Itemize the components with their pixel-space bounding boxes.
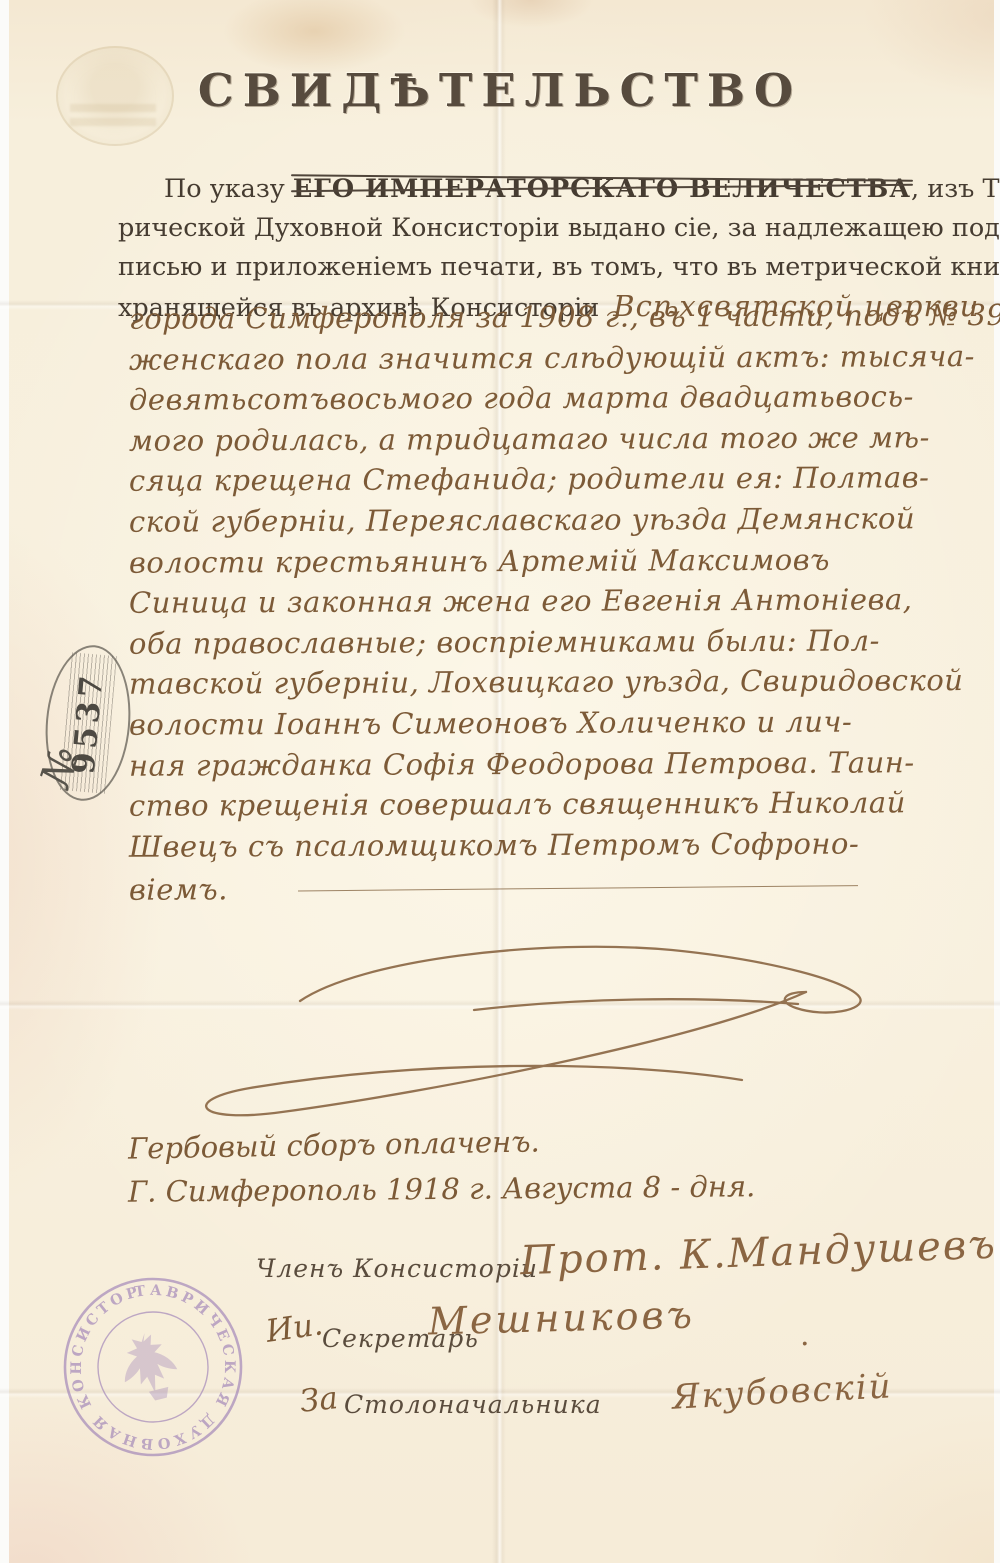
- stamp-duty-note: Гербовый сборъ оплаченъ.: [128, 1124, 540, 1165]
- place-and-date: Г. Симферополь 1918 г. Августа 8 - дня.: [128, 1169, 756, 1208]
- secretary-signature: Мешниковъ: [427, 1293, 695, 1344]
- secretary-period: .: [800, 1318, 810, 1353]
- double-headed-eagle: [114, 1327, 183, 1406]
- member-label: Членъ Консисторіи: [256, 1254, 538, 1283]
- clerk-label: Столоначальника: [344, 1390, 602, 1419]
- scanned-certificate: СВИДѢТЕЛЬСТВО По указу ЕГО ИМПЕРАТОРСКАГ…: [0, 0, 1000, 1563]
- clerk-prefix: За: [298, 1380, 339, 1420]
